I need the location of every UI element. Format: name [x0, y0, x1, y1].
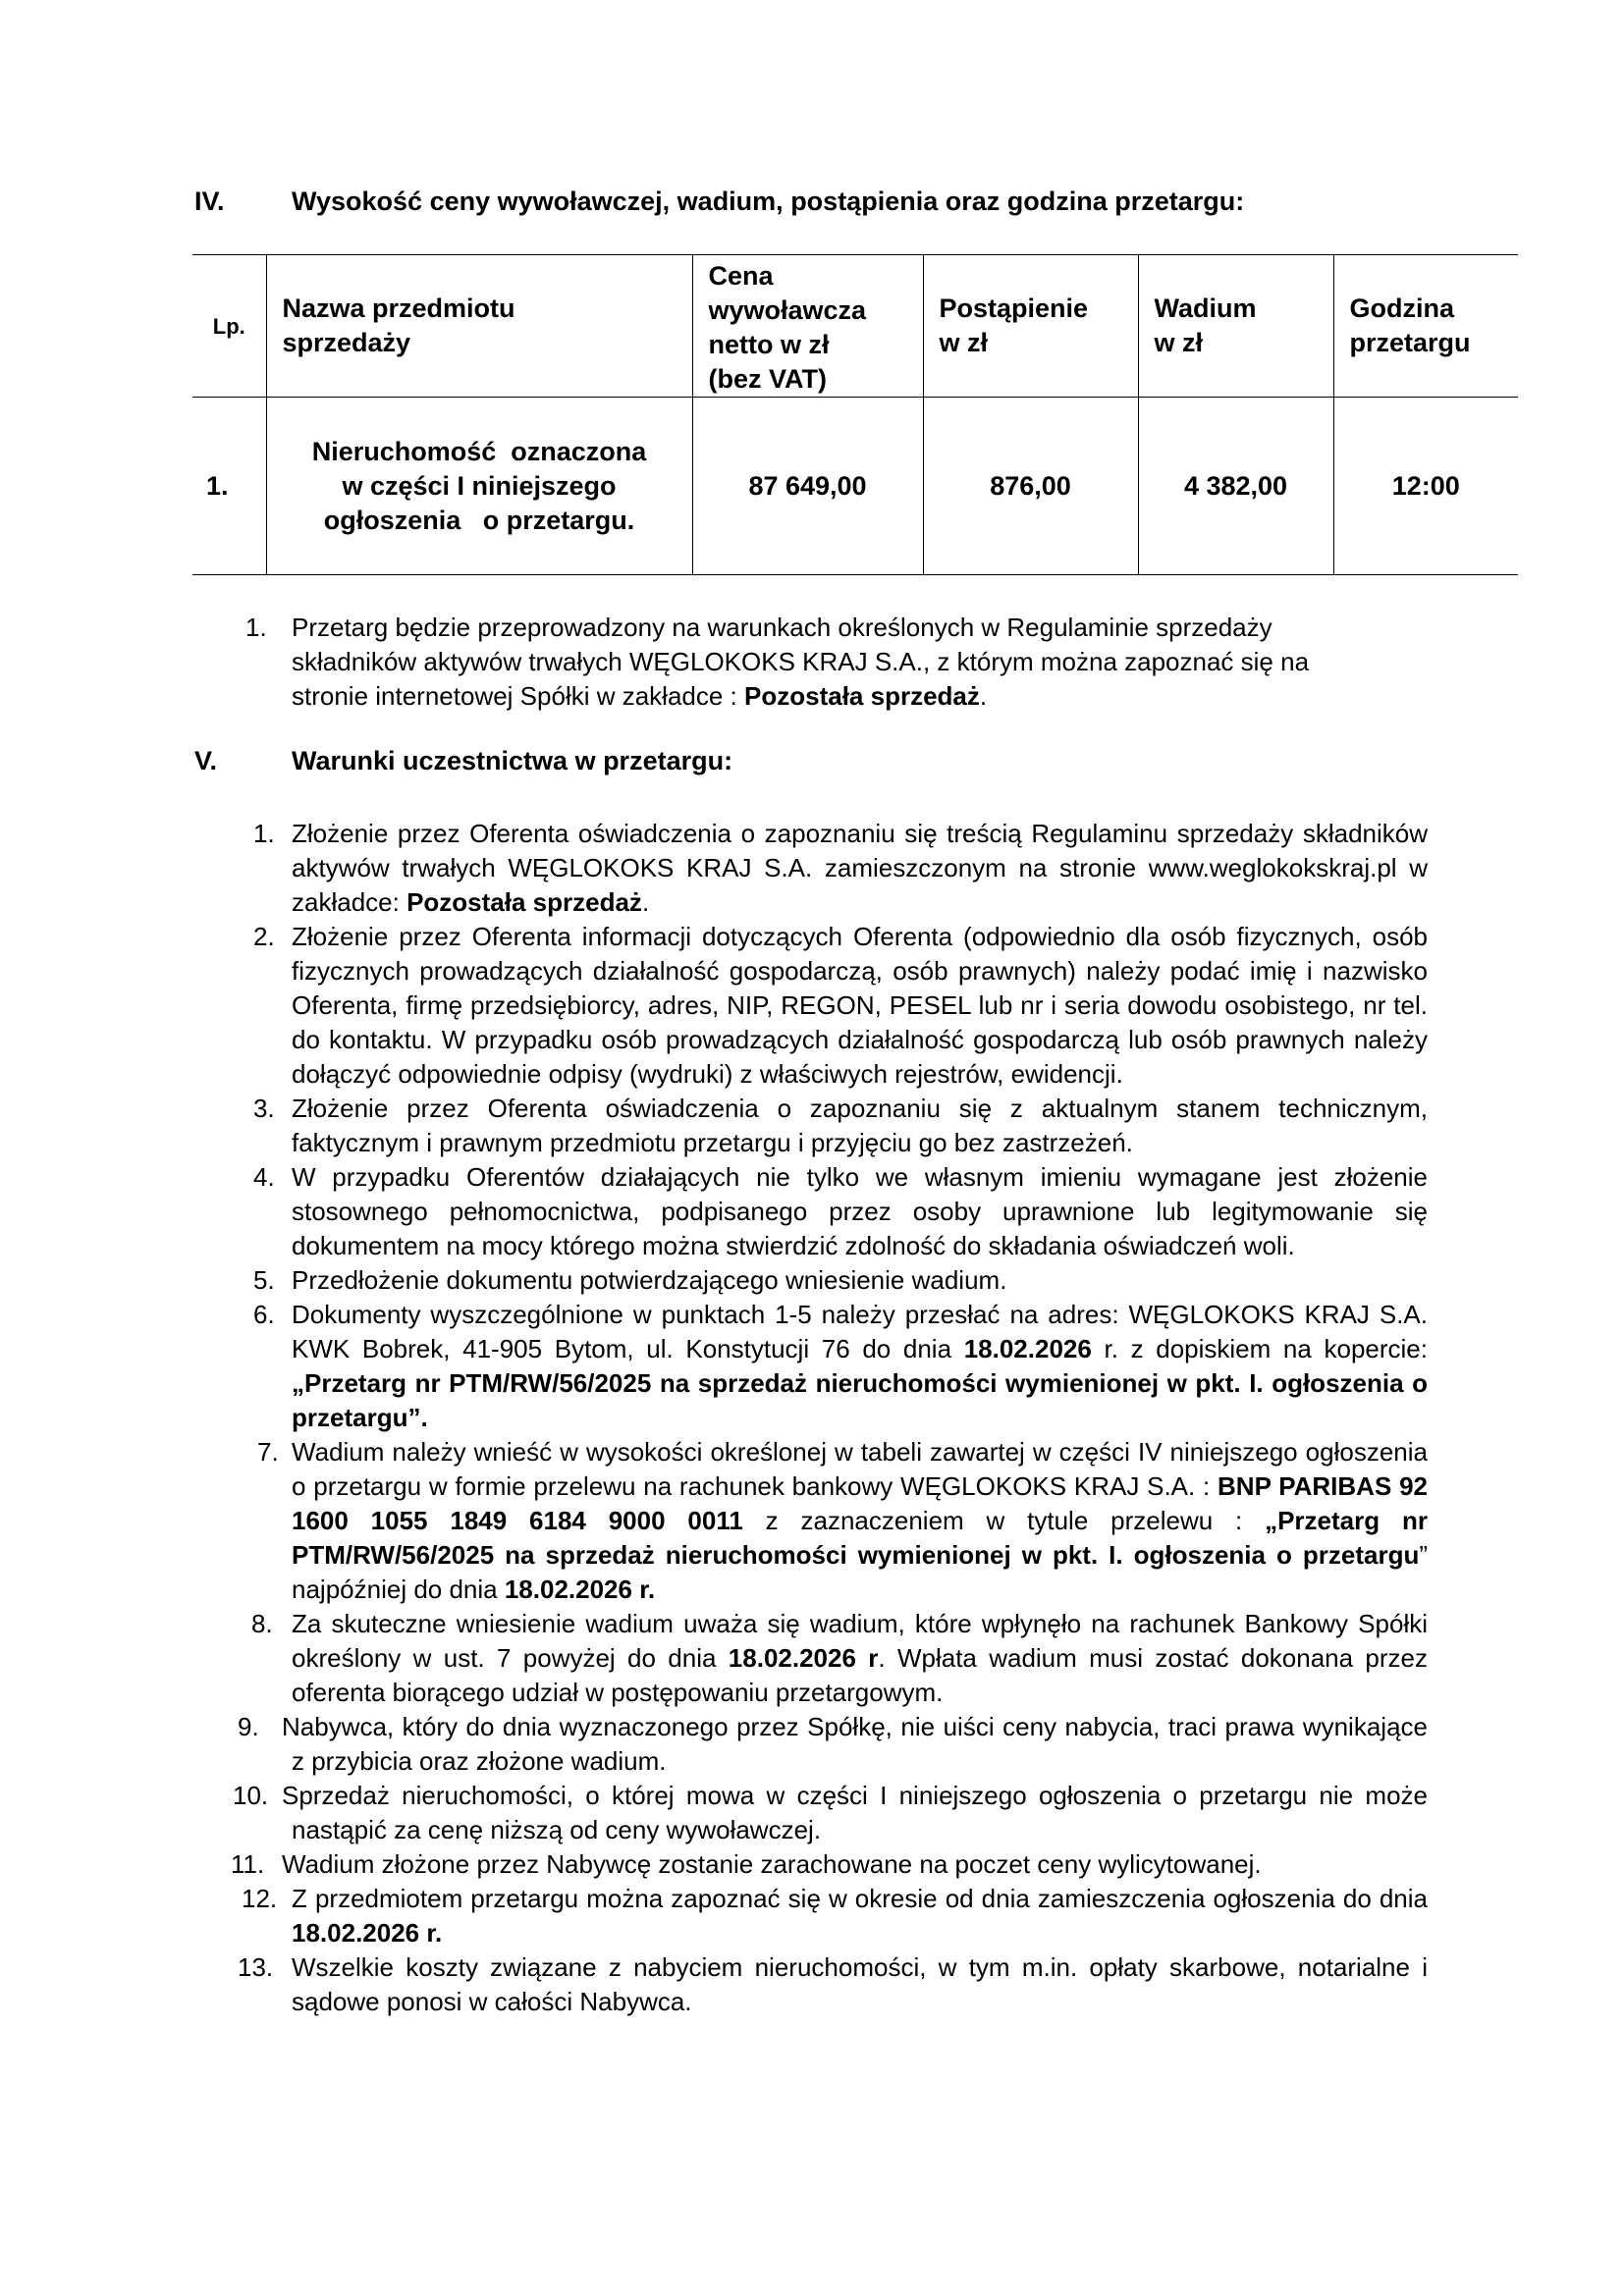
section-v-title: Warunki uczestnictwa w przetargu:: [292, 746, 732, 775]
list-item: 11.Wadium złożone przez Nabywcę zostanie…: [0, 1847, 1624, 1882]
header-bid-increment: Postąpieniew zł: [923, 255, 1138, 398]
list-item: 1. Złożenie przez Oferenta oświadczenia …: [0, 817, 1624, 920]
document-page: IV.Wysokość ceny wywoławczej, wadium, po…: [0, 0, 1624, 2296]
list-item: 5.Przedłożenie dokumentu potwierdzająceg…: [0, 1263, 1624, 1298]
list-item-number: 1.: [253, 817, 275, 851]
section-iv-number: IV.: [194, 185, 292, 219]
cell-bid-increment: 876,00: [923, 398, 1138, 575]
list-item-number: 4.: [253, 1160, 275, 1195]
list-item-text: Złożenie przez Oferenta oświadczenia o z…: [292, 817, 1428, 920]
list-item-text: Nabywca, który do dnia wyznaczonego prze…: [292, 1710, 1428, 1779]
list-item-text: Za skuteczne wniesienie wadium uważa się…: [292, 1607, 1428, 1710]
list-item-text: Przetarg będzie przeprowadzony na warunk…: [292, 611, 1381, 714]
section-iv-heading: IV.Wysokość ceny wywoławczej, wadium, po…: [194, 185, 1244, 219]
cell-starting-price: 87 649,00: [692, 398, 923, 575]
header-auction-time: Godzinaprzetargu: [1333, 255, 1518, 398]
list-item-number: 11.: [231, 1847, 264, 1882]
table-row: 1. Nieruchomość oznaczonaw części I nini…: [192, 398, 1518, 575]
list-item-text: Przedłożenie dokumentu potwierdzającego …: [292, 1263, 1428, 1298]
list-item-number: 6.: [253, 1298, 275, 1332]
section-v-number: V.: [194, 744, 292, 778]
cell-auction-time: 12:00: [1333, 398, 1518, 575]
header-lp: Lp.: [192, 255, 266, 398]
list-item-text: Złożenie przez Oferenta oświadczenia o z…: [292, 1092, 1428, 1160]
list-item-text: Wszelkie koszty związane z nabyciem nier…: [292, 1950, 1428, 2019]
list-item: 13. Wszelkie koszty związane z nabyciem …: [0, 1950, 1624, 2019]
list-item-number: 5.: [253, 1263, 275, 1298]
table-header-row: Lp. Nazwa przedmiotusprzedaży Cenawywoła…: [192, 255, 1518, 398]
section-iv-title: Wysokość ceny wywoławczej, wadium, postą…: [292, 187, 1244, 216]
list-item: 4.W przypadku Oferentów działających nie…: [0, 1160, 1624, 1263]
list-item-text: Wadium należy wnieść w wysokości określo…: [292, 1435, 1428, 1607]
cell-deposit: 4 382,00: [1138, 398, 1333, 575]
auction-price-table: Lp. Nazwa przedmiotusprzedaży Cenawywoła…: [192, 254, 1518, 575]
list-item: 7.Wadium należy wnieść w wysokości okreś…: [0, 1435, 1624, 1607]
list-item-text: Z przedmiotem przetargu można zapoznać s…: [292, 1882, 1428, 1950]
header-starting-price: Cenawywoławczanetto w zł(bez VAT): [692, 255, 923, 398]
header-item-name: Nazwa przedmiotusprzedaży: [266, 255, 692, 398]
section-iv-notes: 1.Przetarg będzie przeprowadzony na waru…: [0, 611, 1624, 714]
list-item-number: 1.: [245, 611, 267, 645]
list-item-text: Złożenie przez Oferenta informacji dotyc…: [292, 920, 1428, 1092]
list-item: 9.Nabywca, który do dnia wyznaczonego pr…: [0, 1710, 1624, 1779]
list-item-text: Sprzedaż nieruchomości, o której mowa w …: [292, 1779, 1428, 1847]
list-item: 1.Przetarg będzie przeprowadzony na waru…: [0, 611, 1624, 714]
list-item-text: Wadium złożone przez Nabywcę zostanie za…: [292, 1847, 1428, 1882]
list-item-number: 10.: [233, 1779, 268, 1813]
list-item-number: 2.: [253, 920, 275, 954]
header-deposit: Wadiumw zł: [1138, 255, 1333, 398]
list-item: 12. Z przedmiotem przetargu można zapozn…: [0, 1882, 1624, 1950]
list-item-text: W przypadku Oferentów działających nie t…: [292, 1160, 1428, 1263]
cell-lp: 1.: [192, 398, 266, 575]
list-item-number: 13.: [238, 1950, 273, 1985]
list-item: 10.Sprzedaż nieruchomości, o której mowa…: [0, 1779, 1624, 1847]
section-v-heading: V.Warunki uczestnictwa w przetargu:: [194, 744, 732, 778]
cell-item-name: Nieruchomość oznaczonaw części I niniejs…: [266, 398, 692, 575]
list-item-number: 8.: [251, 1607, 273, 1641]
list-item: 3. Złożenie przez Oferenta oświadczenia …: [0, 1092, 1624, 1160]
list-item: 6.Dokumenty wyszczególnione w punktach 1…: [0, 1298, 1624, 1435]
section-v-conditions: 1. Złożenie przez Oferenta oświadczenia …: [0, 817, 1624, 2019]
list-item-number: 12.: [242, 1882, 277, 1916]
list-item-number: 7.: [257, 1435, 279, 1469]
list-item: 2.Złożenie przez Oferenta informacji dot…: [0, 920, 1624, 1092]
list-item-number: 9.: [238, 1710, 259, 1744]
list-item-text: Dokumenty wyszczególnione w punktach 1-5…: [292, 1298, 1428, 1435]
list-item-number: 3.: [253, 1092, 275, 1126]
list-item: 8. Za skuteczne wniesienie wadium uważa …: [0, 1607, 1624, 1710]
